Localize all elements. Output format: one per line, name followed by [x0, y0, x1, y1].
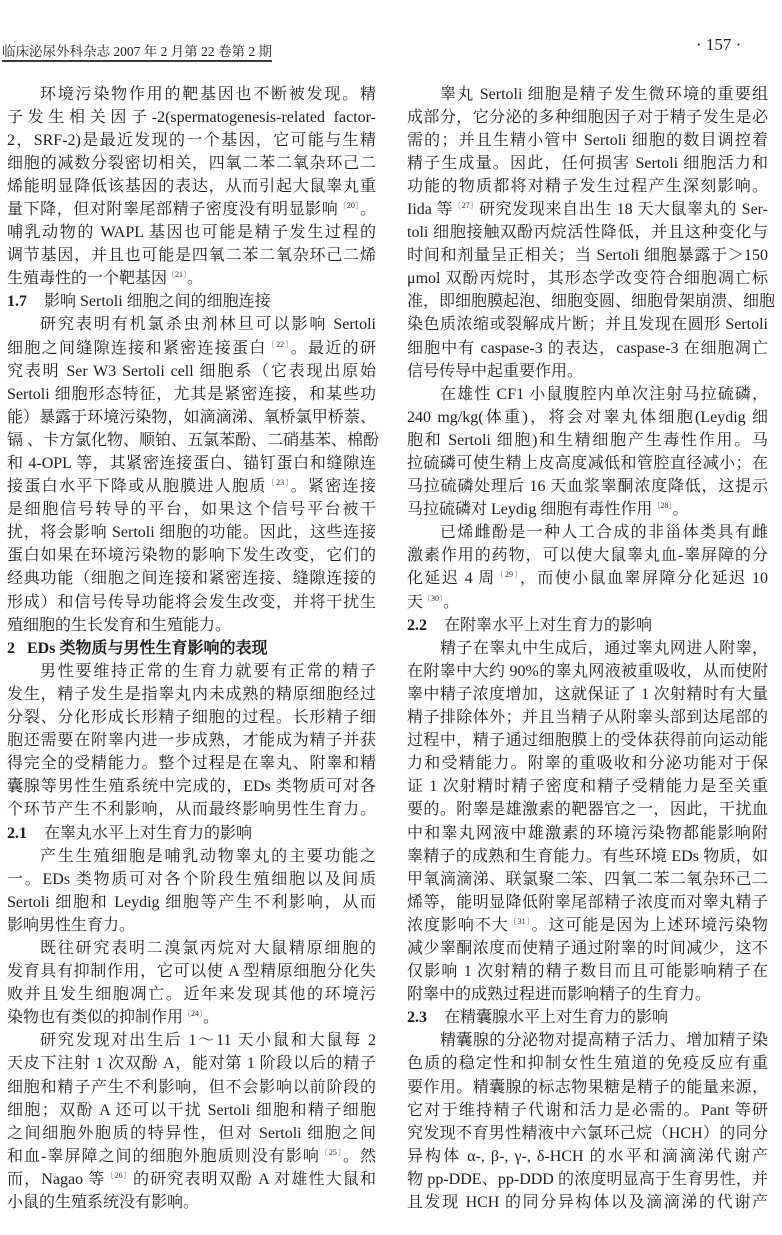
line-text: 殖细胞的生长发育和生殖能力。: [7, 617, 231, 634]
line-text: 已烯雌酚是一种人工合成的非甾体类具有雌: [440, 524, 768, 541]
line-text: 甲氧滴滴涕、联氯聚二笨、四氧二苯二氧杂环己二: [407, 871, 768, 888]
line-text: 细胞；双酚 A 还可以干扰 Sertoli 细胞和精子细胞: [7, 1102, 376, 1119]
line-text: 中和睾丸网液中雄激素的环境污染物都能影响附: [407, 825, 768, 842]
text-line: 细胞之间缝隙连接和紧密连接蛋白〔22〕。最近的研: [7, 337, 376, 360]
line-text: 既往研究表明二溴氯丙烷对大鼠精原细胞的: [40, 940, 376, 957]
line-text: 细胞的减数分裂密切相关，四氧二苯二氧杂环己二: [7, 155, 376, 172]
text-line: 和 4-OPL 等，其紧密连接蛋白、锚钉蛋白和缝隙连: [7, 452, 376, 475]
section-number: 2: [7, 640, 15, 657]
text-line: 既往研究表明二溴氯丙烷对大鼠精原细胞的: [7, 937, 376, 960]
line-text: 功能的物质都将对精子发生过程产生深刻影响。: [407, 178, 768, 195]
text-line: 烯能明显降低该基因的表达，从而引起大鼠睾丸重: [7, 175, 376, 198]
line-text: 要作用。精囊腺的标志物果糖是精子的能量来源，: [407, 1079, 768, 1096]
citation-ref: 〔21〕: [167, 270, 187, 279]
citation-ref: 〔25〕: [320, 1148, 343, 1157]
text-run: 马拉硫磷对 Leydig 细胞有毒性作用: [407, 501, 652, 518]
line-text: 子发生相关因子-2(spermatogenesis-related factor…: [7, 109, 376, 126]
section-heading: 1.7影响 Sertoli 细胞之间的细胞连接: [7, 290, 376, 313]
text-run: Iida 等: [407, 201, 453, 218]
line-text: 分裂、分化形成长形精子细胞的过程。长形精子细: [7, 709, 376, 726]
line-text: 小鼠的生殖系统没有影响。: [7, 1194, 199, 1211]
text-line: 影响男性生育力。: [7, 914, 376, 937]
text-line: 分裂、分化形成长形精子细胞的过程。长形精子细: [7, 706, 376, 729]
line-text: 个环节产生不利影响，从而最终影响男性生育力。: [7, 801, 376, 818]
text-run: 。紧密连接: [291, 478, 376, 495]
line-text: 精子排除体外；并且当精子从附睾头部到达尾部的: [407, 709, 768, 726]
text-line: 成部分，它分泌的多种细胞因子对于精子发生是必: [407, 106, 768, 129]
text-line: 精子生成量。因此，任何损害 Sertoli 细胞活力和: [407, 152, 768, 175]
paragraph: 在雄性 CF1 小鼠腹腔内单次注射马拉硫磷，240 mg/kg(体重)，将会对睾…: [407, 383, 768, 522]
paragraph: 已烯雌酚是一种人工合成的非甾体类具有雌激素作用的药物，可以使大鼠睾丸血-睾屏障的…: [407, 521, 768, 613]
citation-ref: 〔31〕: [509, 917, 532, 926]
paragraph: 精囊腺的分泌物对提高精子活力、增加精子染色质的稳定性和抑制女性生殖道的免疫反应有…: [407, 1029, 768, 1214]
text-run: 研究发现来自出生 18 天大鼠睾丸的 Ser-: [479, 201, 768, 218]
section-number: 1.7: [7, 293, 27, 310]
text-run: 。最近的研: [291, 340, 376, 357]
text-line: 甲氧滴滴涕、联氯聚二笨、四氧二苯二氧杂环己二: [407, 868, 768, 891]
line-text: 证 1 次射精时精子密度和精子受精能力是至关重: [407, 778, 768, 795]
section-heading: 2EDs 类物质与男性生育影响的表现: [7, 637, 376, 660]
text-line: 240 mg/kg(体重)，将会对睾丸体细胞(Leydig 细: [407, 406, 768, 429]
citation-ref: 〔23〕: [267, 478, 291, 487]
line-text: 过程中，精子通过细胞膜上的受体获得前向运动能: [407, 732, 768, 749]
line-text: 信号传导中起重要作用。: [407, 363, 583, 380]
text-line: 量下降，但对附睾尾部精子密度没有明显影响〔20〕。: [7, 198, 376, 221]
text-line: 胞还需要在附睾内进一步成熟，才能成为精子并获: [7, 729, 376, 752]
text-line: Sertoli 细胞和 Leydig 细胞等产生不利影响，从而: [7, 891, 376, 914]
text-line: 色质的稳定性和抑制女性生殖道的免疫反应有重: [407, 1052, 768, 1075]
section-title: 在睾丸水平上对生育力的影响: [44, 825, 252, 842]
text-line: 马拉硫磷对 Leydig 细胞有毒性作用〔28〕。: [407, 498, 768, 521]
text-run: 天: [407, 594, 423, 611]
text-line: 烯等，能明显降低附睾尾部精子浓度而对睾丸精子: [407, 891, 768, 914]
text-line: 经典功能（细胞之间连接和紧密连接、缝隙连接的: [7, 567, 376, 590]
text-line: 化延迟 4 周〔29〕，而使小鼠血睾屏障分化延迟 10: [407, 567, 768, 590]
line-text: 天〔30〕。: [407, 594, 459, 611]
text-line: 睾丸 Sertoli 细胞是精子发生微环境的重要组: [407, 83, 768, 106]
text-line: 天〔30〕。: [407, 591, 768, 614]
line-text: 仅影响 1 次射精的精子数目而且可能影响精子在: [407, 963, 768, 980]
line-text: 究表明 Ser W3 Sertoli cell 细胞系（它表现出原始: [7, 363, 376, 380]
citation-ref: 〔20〕: [338, 201, 360, 210]
section-number: 2.1: [7, 825, 27, 842]
line-text: 发育具有抑制作用，它可以使 A 型精原细胞分化失: [7, 963, 376, 980]
paragraph: 研究发现对出生后 1～11 天小鼠和大鼠每 2天皮下注射 1 次双酚 A，能对第…: [7, 1029, 376, 1214]
text-line: 睾中精子浓度增加，这就保证了 1 次射精时有大量: [407, 683, 768, 706]
text-line: toli 细胞接触双酚丙烷活性降低，并且这种变化与: [407, 221, 768, 244]
line-text: 一。EDs 类物质可对各个阶段生殖细胞以及间质: [7, 871, 376, 888]
text-line: 拉硫磷可使生精上皮高度减低和管腔直径减小；在: [407, 452, 768, 475]
section-heading: 2.1在睾丸水平上对生育力的影响: [7, 822, 376, 845]
line-text: 细胞和精子产生不利影响，但不会影响以前阶段的: [7, 1079, 376, 1096]
paragraph: 产生生殖细胞是哺乳动物睾丸的主要功能之一。EDs 类物质可对各个阶段生殖细胞以及…: [7, 845, 376, 937]
text-column-right: 睾丸 Sertoli 细胞是精子发生微环境的重要组成部分，它分泌的多种细胞因子对…: [407, 83, 768, 1215]
text-line: 究表明 Ser W3 Sertoli cell 细胞系（它表现出原始: [7, 360, 376, 383]
line-text: toli 细胞接触双酚丙烷活性降低，并且这种变化与: [407, 224, 768, 241]
text-line: Sertoli 细胞形态特征，尤其是紧密连接，和某些功: [7, 383, 376, 406]
text-line: 天皮下注射 1 次双酚 A，能对第 1 阶段以后的精子: [7, 1052, 376, 1075]
text-line: 殖细胞的生长发育和生殖能力。: [7, 614, 376, 637]
text-line: 浓度影响不大〔31〕。这可能是因为上述环境污染物: [407, 914, 768, 937]
line-text: 精子生成量。因此，任何损害 Sertoli 细胞活力和: [407, 155, 768, 172]
line-text: 而，Nagao 等〔26〕的研究表明双酚 A 对雄性大鼠和: [7, 1171, 376, 1188]
line-text: 烯等，能明显降低附睾尾部精子浓度而对睾丸精子: [407, 894, 768, 911]
line-text: 环境污染物作用的靶基因也不断被发现。精: [40, 86, 376, 103]
text-line: 过程中，精子通过细胞膜上的受体获得前向运动能: [407, 729, 768, 752]
section-heading: 2.3在精囊腺水平上对生育力的影响: [407, 1006, 768, 1029]
line-text: 囊腺等男性生殖系统中完成的，EDs 类物质可对各: [7, 778, 376, 795]
text-line: 要作用。精囊腺的标志物果糖是精子的能量来源，: [407, 1076, 768, 1099]
paragraph: 男性要维持正常的生育力就要有正常的精子发生，精子发生是指睾丸内未成熟的精原细胞经…: [7, 660, 376, 822]
line-text: 接蛋白水平下降或从胞膜进人胞质〔23〕。紧密连接: [7, 478, 376, 495]
text-line: 异构体 α-, β-, γ-, δ-HCH 的水平和滴滴涕代谢产: [407, 1145, 768, 1168]
text-line: 蛋白如果在环境污染物的影响下发生改变，它们的: [7, 544, 376, 567]
citation-ref: 〔30〕: [423, 594, 443, 603]
line-text: 异构体 α-, β-, γ-, δ-HCH 的水平和滴滴涕代谢产: [407, 1148, 768, 1165]
text-line: 究发现不育男性精液中六氯环己烷（HCH）的同分: [407, 1122, 768, 1145]
text-line: 得完全的受精能力。整个过程是在睾丸、附睾和精: [7, 752, 376, 775]
text-line: 睾精子的成熟和生育能力。有些环境 EDs 物质，如: [407, 845, 768, 868]
text-line: 细胞和精子产生不利影响，但不会影响以前阶段的: [7, 1076, 376, 1099]
text-line: 和血-睾屏障之间的细胞外胞质则没有影响〔25〕。然: [7, 1145, 376, 1168]
text-run: ，而使小鼠血睾屏障分化延迟 10: [520, 570, 768, 587]
line-text: 生殖毒性的一个靶基因〔21〕。: [7, 270, 203, 287]
text-line: 马拉硫磷处理后 16 天血浆睾酮浓度降低，这提示: [407, 475, 768, 498]
text-line: 环境污染物作用的靶基因也不断被发现。精: [7, 83, 376, 106]
citation-ref: 〔28〕: [652, 501, 672, 510]
text-run: 化延迟 4 周: [407, 570, 496, 587]
text-line: 男性要维持正常的生育力就要有正常的精子: [7, 660, 376, 683]
text-line: 染物也有类似的抑制作用〔24〕。: [7, 1006, 376, 1029]
line-text: 激素作用的药物，可以使大鼠睾丸血-睾屏障的分: [407, 547, 768, 564]
line-text: 在雄性 CF1 小鼠腹腔内单次注射马拉硫磷，: [440, 386, 768, 403]
section-title: EDs 类物质与男性生育影响的表现: [27, 640, 267, 657]
text-line: 研究发现对出生后 1～11 天小鼠和大鼠每 2: [7, 1029, 376, 1052]
line-text: 细胞中有 caspase-3 的表达，caspase-3 在细胞凋亡: [407, 340, 768, 357]
text-line: 一。EDs 类物质可对各个阶段生殖细胞以及间质: [7, 868, 376, 891]
line-text: 240 mg/kg(体重)，将会对睾丸体细胞(Leydig 细: [407, 409, 768, 426]
line-text: Sertoli 细胞和 Leydig 细胞等产生不利影响，从而: [7, 894, 376, 911]
line-text: 染物也有类似的抑制作用〔24〕。: [7, 1009, 219, 1026]
text-line: 准，即细胞膜起泡、细胞变圆、细胞骨架崩溃、细胞: [407, 290, 768, 313]
text-line: 减少睾酮浓度而使精子通过附睾的时间减少，这不: [407, 937, 768, 960]
line-text: 败并且发生细胞凋亡。近年来发现其他的环境污: [7, 986, 376, 1003]
text-line: 子发生相关因子-2(spermatogenesis-related factor…: [7, 106, 376, 129]
line-text: 力和受精能力。附睾的重吸收和分泌功能对于保: [407, 755, 768, 772]
text-line: 个环节产生不利影响，从而最终影响男性生育力。: [7, 798, 376, 821]
line-text: 精囊腺的分泌物对提高精子活力、增加精子染: [440, 1032, 768, 1049]
line-text: 成部分，它分泌的多种细胞因子对于精子发生是必: [407, 109, 768, 126]
line-text: 物 pp-DDE、pp-DDD 的浓度明显高于生育男性，并: [407, 1171, 768, 1188]
citation-ref: 〔26〕: [105, 1171, 133, 1180]
section-number: 2.2: [407, 617, 427, 634]
text-line: 染色质浓缩或裂解成片断；并且发现在圆形 Sertoli: [407, 313, 768, 336]
text-line: 而，Nagao 等〔26〕的研究表明双酚 A 对雄性大鼠和: [7, 1168, 376, 1191]
text-line: 精囊腺的分泌物对提高精子活力、增加精子染: [407, 1029, 768, 1052]
text-line: 它对于维持精子代谢和活力是必需的。Pant 等研: [407, 1099, 768, 1122]
paragraph: 研究表明有机氯杀虫剂林旦可以影响 Sertoli细胞之间缝隙连接和紧密连接蛋白〔…: [7, 313, 376, 636]
line-text: 拉硫磷可使生精上皮高度减低和管腔直径减小；在: [407, 455, 768, 472]
text-line: 发育具有抑制作用，它可以使 A 型精原细胞分化失: [7, 960, 376, 983]
text-line: 发生，精子发生是指睾丸内未成熟的精原细胞经过: [7, 683, 376, 706]
text-line: 在附睾中大约 90%的睾丸网液被重吸收，从而使附: [407, 660, 768, 683]
line-text: 男性要维持正常的生育力就要有正常的精子: [40, 663, 376, 680]
text-run: 接蛋白水平下降或从胞膜进人胞质: [7, 478, 267, 495]
line-text: 胞和 Sertoli 细胞)和生精细胞产生毒性作用。马: [407, 432, 768, 449]
line-text: Sertoli 细胞形态特征，尤其是紧密连接，和某些功: [7, 386, 376, 403]
text-line: 要的。附睾是雄激素的靶器官之一，因此，干扰血: [407, 798, 768, 821]
text-run: 细胞之间缝隙连接和紧密连接蛋白: [7, 340, 267, 357]
text-line: μmol 双酚丙烷时，其形态学改变符合细胞凋亡标: [407, 267, 768, 290]
text-line: 激素作用的药物，可以使大鼠睾丸血-睾屏障的分: [407, 544, 768, 567]
text-line: 在雄性 CF1 小鼠腹腔内单次注射马拉硫磷，: [407, 383, 768, 406]
text-line: 时间和剂量呈正相关；当 Sertoli 细胞暴露于＞150: [407, 244, 768, 267]
text-line: 精子在睾丸中生成后，通过睾丸网进人附睾，: [407, 637, 768, 660]
text-line: 需的；并且生精小管中 Sertoli 细胞的数目调控着: [407, 129, 768, 152]
text-line: 2，SRF-2)是最近发现的一个基因，它可能与生精: [7, 129, 376, 152]
text-line: 扰，将会影响 Sertoli 细胞的功能。因此，这些连接: [7, 521, 376, 544]
citation-ref: 〔27〕: [453, 201, 479, 210]
text-line: 小鼠的生殖系统没有影响。: [7, 1191, 376, 1214]
line-text: 睾中精子浓度增加，这就保证了 1 次射精时有大量: [407, 686, 768, 703]
text-line: 产生生殖细胞是哺乳动物睾丸的主要功能之: [7, 845, 376, 868]
text-line: 功能的物质都将对精子发生过程产生深刻影响。: [407, 175, 768, 198]
text-run: 浓度影响不大: [407, 917, 509, 934]
text-run: 而，Nagao 等: [7, 1171, 105, 1188]
page-number: · 157 ·: [696, 35, 741, 55]
text-line: 研究表明有机氯杀虫剂林旦可以影响 Sertoli: [7, 313, 376, 336]
text-line: 信号传导中起重要作用。: [407, 360, 768, 383]
line-text: 在附睾中大约 90%的睾丸网液被重吸收，从而使附: [407, 663, 768, 680]
line-text: 附睾中的成熟过程进而影响精子的生育力。: [407, 986, 711, 1003]
section-title: 在附睾水平上对生育力的影响: [444, 617, 652, 634]
text-line: 细胞中有 caspase-3 的表达，caspase-3 在细胞凋亡: [407, 337, 768, 360]
text-line: 力和受精能力。附睾的重吸收和分泌功能对于保: [407, 752, 768, 775]
text-line: 囊腺等男性生殖系统中完成的，EDs 类物质可对各: [7, 775, 376, 798]
line-text: 蛋白如果在环境污染物的影响下发生改变，它们的: [7, 547, 376, 564]
text-line: 中和睾丸网液中雄激素的环境污染物都能影响附: [407, 822, 768, 845]
text-line: 调节基因，并且也可能是四氧二苯二氧杂环己二烯: [7, 244, 376, 267]
line-text: 扰，将会影响 Sertoli 细胞的功能。因此，这些连接: [7, 524, 376, 541]
line-text: 研究表明有机氯杀虫剂林旦可以影响 Sertoli: [40, 316, 376, 333]
text-line: 胞和 Sertoli 细胞)和生精细胞产生毒性作用。马: [407, 429, 768, 452]
line-text: 化延迟 4 周〔29〕，而使小鼠血睾屏障分化延迟 10: [407, 570, 768, 587]
paragraph: 精子在睾丸中生成后，通过睾丸网进人附睾，在附睾中大约 90%的睾丸网液被重吸收，…: [407, 637, 768, 1007]
text-line: 附睾中的成熟过程进而影响精子的生育力。: [407, 983, 768, 1006]
text-line: 是细胞信号转导的平台，如果这个信号平台被干: [7, 498, 376, 521]
text-run: 。: [443, 594, 459, 611]
line-text: 精子在睾丸中生成后，通过睾丸网进人附睾，: [440, 640, 768, 657]
section-heading: 2.2在附睾水平上对生育力的影响: [407, 614, 768, 637]
text-run: 。这可能是因为上述环境污染物: [532, 917, 768, 934]
text-line: 已烯雌酚是一种人工合成的非甾体类具有雌: [407, 521, 768, 544]
line-text: 染色质浓缩或裂解成片断；并且发现在圆形 Sertoli: [407, 316, 768, 333]
text-line: 精子排除体外；并且当精子从附睾头部到达尾部的: [407, 706, 768, 729]
text-run: 。: [187, 270, 203, 287]
section-number: 2.3: [407, 1009, 427, 1026]
text-run: 。: [360, 201, 376, 218]
line-text: 2，SRF-2)是最近发现的一个基因，它可能与生精: [7, 132, 376, 149]
line-text: 色质的稳定性和抑制女性生殖道的免疫反应有重: [407, 1055, 768, 1072]
text-line: 形成）和信号传导功能将会发生改变，并将干扰生: [7, 591, 376, 614]
line-text: 经典功能（细胞之间连接和紧密连接、缝隙连接的: [7, 570, 376, 587]
line-text: 睾精子的成熟和生育能力。有些环境 EDs 物质，如: [407, 848, 768, 865]
line-text: Iida 等〔27〕研究发现来自出生 18 天大鼠睾丸的 Ser-: [407, 201, 768, 218]
section-title: 影响 Sertoli 细胞之间的细胞连接: [44, 293, 271, 310]
line-text: 浓度影响不大〔31〕。这可能是因为上述环境污染物: [407, 917, 768, 934]
text-line: 证 1 次射精时精子密度和精子受精能力是至关重: [407, 775, 768, 798]
text-line: Iida 等〔27〕研究发现来自出生 18 天大鼠睾丸的 Ser-: [407, 198, 768, 221]
line-text: 减少睾酮浓度而使精子通过附睾的时间减少，这不: [407, 940, 768, 957]
line-text: 镉 、卡方氯化物、顺铂、五氯苯酚、二硝基苯、棉酚: [7, 432, 379, 449]
text-run: 染物也有类似的抑制作用: [7, 1009, 183, 1026]
paragraph: 睾丸 Sertoli 细胞是精子发生微环境的重要组成部分，它分泌的多种细胞因子对…: [407, 83, 768, 383]
text-line: 之间细胞外胞质的特异性，但对 Sertoli 细胞之间: [7, 1122, 376, 1145]
text-line: 生殖毒性的一个靶基因〔21〕。: [7, 267, 376, 290]
text-run: 。: [203, 1009, 219, 1026]
line-text: μmol 双酚丙烷时，其形态学改变符合细胞凋亡标: [407, 270, 768, 287]
text-run: 。然: [343, 1148, 376, 1165]
line-text: 发生，精子发生是指睾丸内未成熟的精原细胞经过: [7, 686, 376, 703]
text-run: 的研究表明双酚 A 对雄性大鼠和: [133, 1171, 376, 1188]
line-text: 究发现不育男性精液中六氯环己烷（HCH）的同分: [407, 1125, 768, 1142]
paragraph: 既往研究表明二溴氯丙烷对大鼠精原细胞的发育具有抑制作用，它可以使 A 型精原细胞…: [7, 937, 376, 1029]
line-text: 是细胞信号转导的平台，如果这个信号平台被干: [7, 501, 376, 518]
line-text: 得完全的受精能力。整个过程是在睾丸、附睾和精: [7, 755, 376, 772]
text-column-left: 环境污染物作用的靶基因也不断被发现。精子发生相关因子-2(spermatogen…: [7, 83, 376, 1215]
line-text: 量下降，但对附睾尾部精子密度没有明显影响〔20〕。: [7, 201, 376, 218]
text-line: 能）暴露于环境污染物，如滴滴涕、氧桥氯甲桥萘、: [7, 406, 376, 429]
line-text: 影响男性生育力。: [7, 917, 135, 934]
line-text: 且发现 HCH 的同分异构体以及滴滴涕的代谢产: [407, 1194, 768, 1211]
line-text: 形成）和信号传导功能将会发生改变，并将干扰生: [7, 594, 376, 611]
citation-ref: 〔22〕: [267, 340, 291, 349]
line-text: 准，即细胞膜起泡、细胞变圆、细胞骨架崩溃、细胞: [407, 293, 775, 310]
line-text: 天皮下注射 1 次双酚 A，能对第 1 阶段以后的精子: [7, 1055, 376, 1072]
text-line: 细胞的减数分裂密切相关，四氧二苯二氧杂环己二: [7, 152, 376, 175]
citation-ref: 〔24〕: [183, 1009, 203, 1018]
line-text: 产生生殖细胞是哺乳动物睾丸的主要功能之: [40, 848, 376, 865]
line-text: 能）暴露于环境污染物，如滴滴涕、氧桥氯甲桥萘、: [7, 409, 376, 426]
line-text: 细胞之间缝隙连接和紧密连接蛋白〔22〕。最近的研: [7, 340, 376, 357]
line-text: 和血-睾屏障之间的细胞外胞质则没有影响〔25〕。然: [7, 1148, 376, 1165]
section-title: 在精囊腺水平上对生育力的影响: [444, 1009, 668, 1026]
line-text: 马拉硫磷对 Leydig 细胞有毒性作用〔28〕。: [407, 501, 688, 518]
line-text: 时间和剂量呈正相关；当 Sertoli 细胞暴露于＞150: [407, 247, 768, 264]
line-text: 胞还需要在附睾内进一步成熟，才能成为精子并获: [7, 732, 376, 749]
line-text: 之间细胞外胞质的特异性，但对 Sertoli 细胞之间: [7, 1125, 376, 1142]
line-text: 睾丸 Sertoli 细胞是精子发生微环境的重要组: [440, 86, 768, 103]
line-text: 要的。附睾是雄激素的靶器官之一，因此，干扰血: [407, 801, 768, 818]
text-line: 镉 、卡方氯化物、顺铂、五氯苯酚、二硝基苯、棉酚: [7, 429, 376, 452]
text-run: 生殖毒性的一个靶基因: [7, 270, 167, 287]
line-text: 烯能明显降低该基因的表达，从而引起大鼠睾丸重: [7, 178, 376, 195]
line-text: 哺乳动物的 WAPL 基因也可能是精子发生过程的: [7, 224, 376, 241]
line-text: 需的；并且生精小管中 Sertoli 细胞的数目调控着: [407, 132, 768, 149]
paragraph: 环境污染物作用的靶基因也不断被发现。精子发生相关因子-2(spermatogen…: [7, 83, 376, 291]
line-text: 和 4-OPL 等，其紧密连接蛋白、锚钉蛋白和缝隙连: [7, 455, 376, 472]
text-line: 且发现 HCH 的同分异构体以及滴滴涕的代谢产: [407, 1191, 768, 1214]
line-text: 马拉硫磷处理后 16 天血浆睾酮浓度降低，这提示: [407, 478, 768, 495]
text-line: 细胞；双酚 A 还可以干扰 Sertoli 细胞和精子细胞: [7, 1099, 376, 1122]
text-run: 和血-睾屏障之间的细胞外胞质则没有影响: [7, 1148, 320, 1165]
text-line: 败并且发生细胞凋亡。近年来发现其他的环境污: [7, 983, 376, 1006]
line-text: 调节基因，并且也可能是四氧二苯二氧杂环己二烯: [7, 247, 376, 264]
text-run: 量下降，但对附睾尾部精子密度没有明显影响: [7, 201, 338, 218]
text-line: 哺乳动物的 WAPL 基因也可能是精子发生过程的: [7, 221, 376, 244]
text-run: 。: [672, 501, 688, 518]
text-line: 仅影响 1 次射精的精子数目而且可能影响精子在: [407, 960, 768, 983]
line-text: 研究发现对出生后 1～11 天小鼠和大鼠每 2: [40, 1032, 376, 1049]
citation-ref: 〔29〕: [496, 570, 520, 579]
running-head-journal-issue: 临床泌尿外科杂志 2007 年 2 月第 22 卷第 2 期: [2, 44, 272, 62]
line-text: 它对于维持精子代谢和活力是必需的。Pant 等研: [407, 1102, 768, 1119]
text-line: 物 pp-DDE、pp-DDD 的浓度明显高于生育男性，并: [407, 1168, 768, 1191]
text-line: 接蛋白水平下降或从胞膜进人胞质〔23〕。紧密连接: [7, 475, 376, 498]
